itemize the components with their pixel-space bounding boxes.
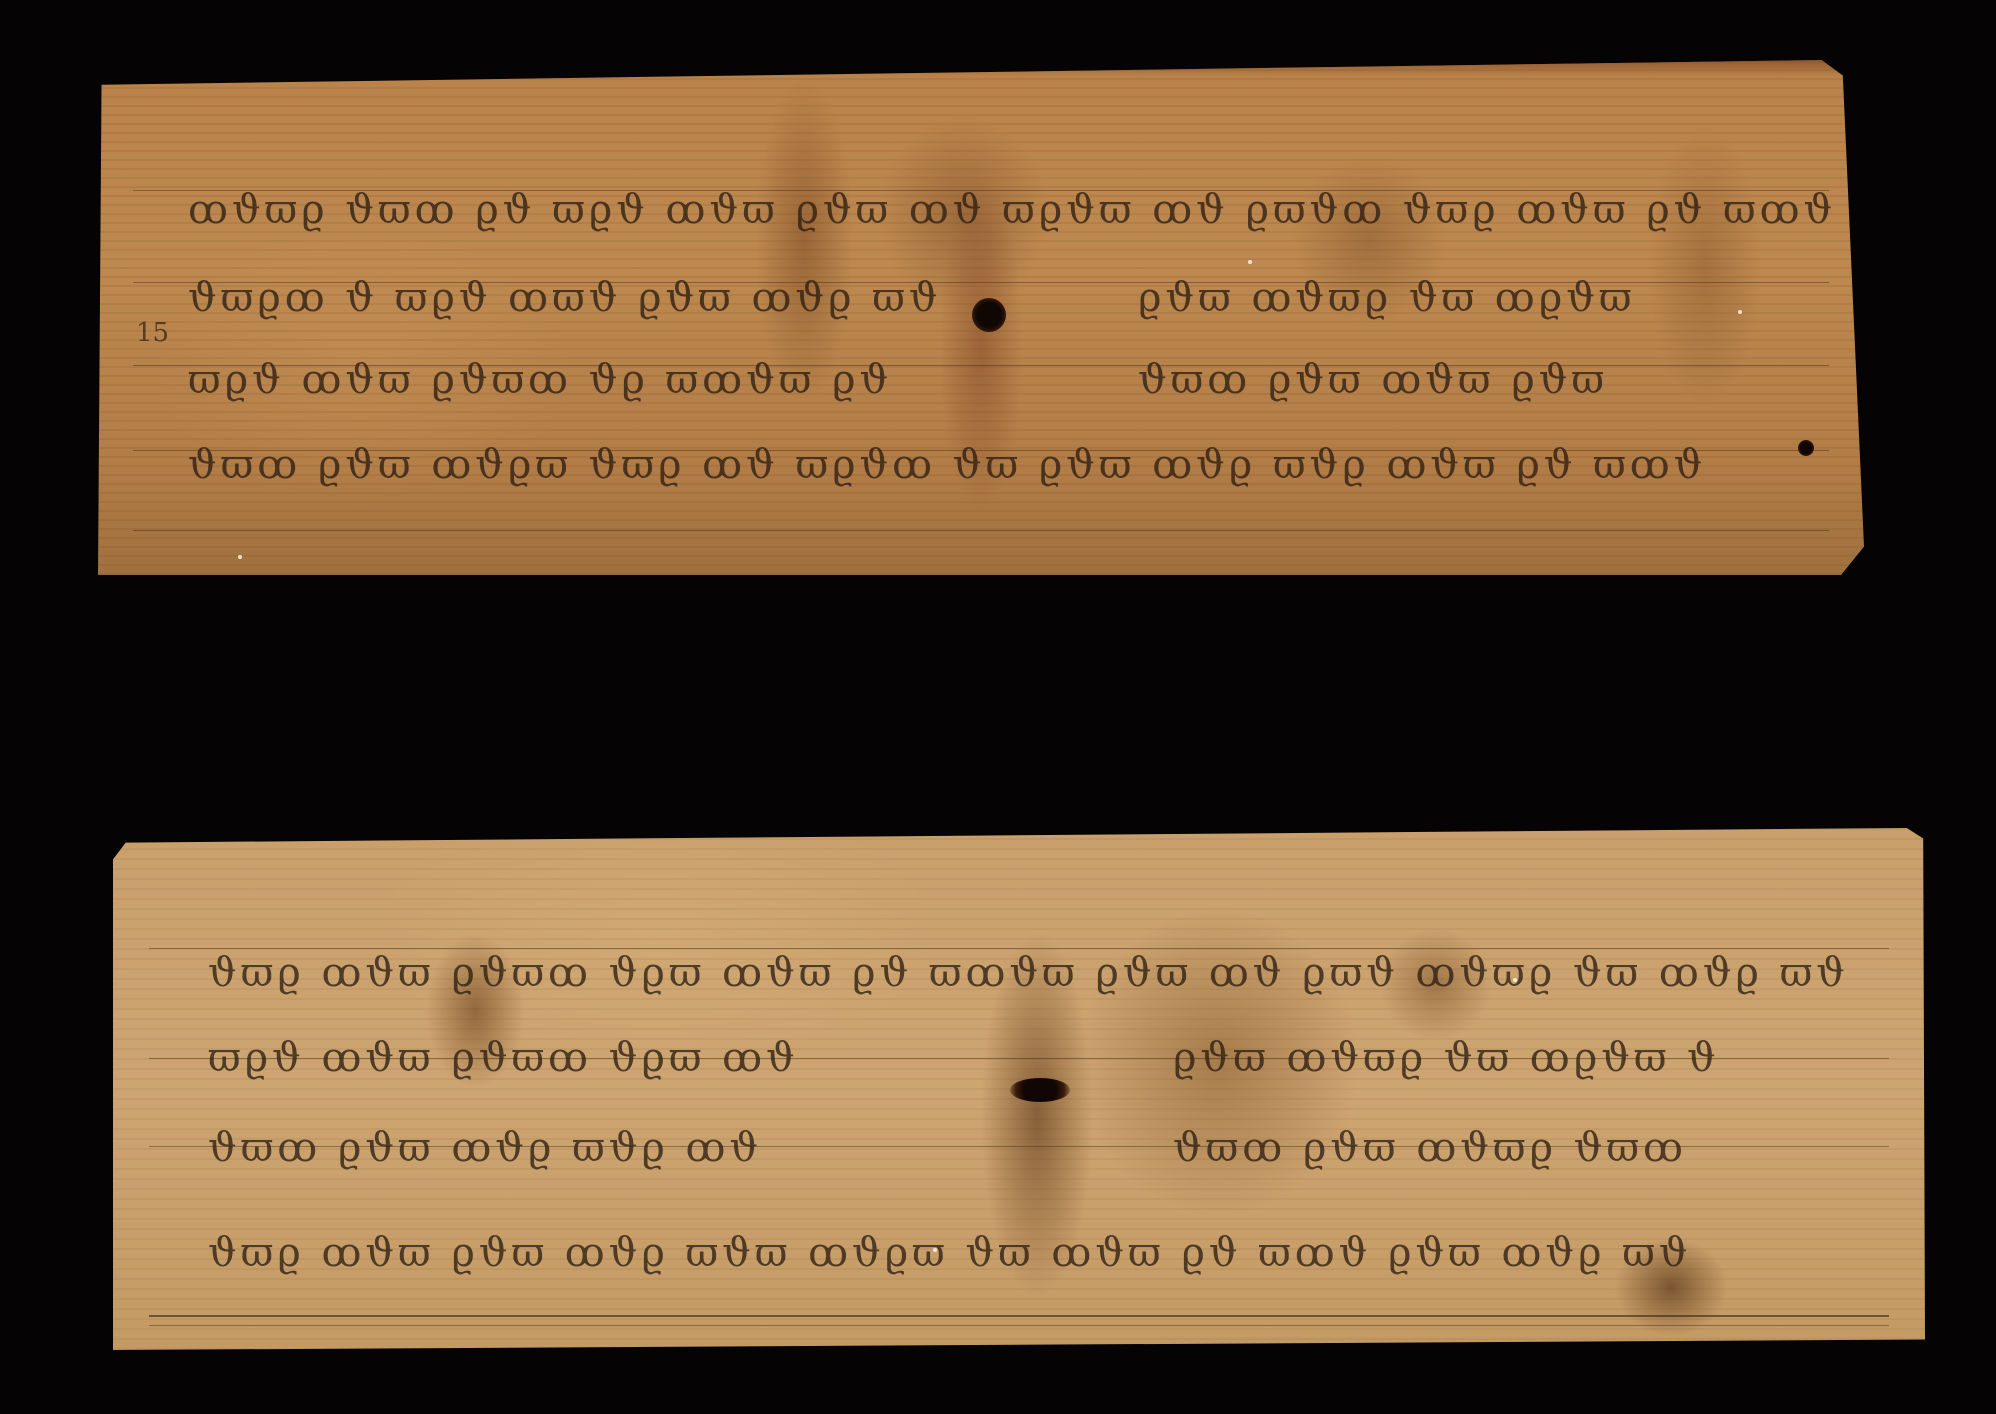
script-line-2: ϖϱϑ ꝏϑϖ ϱϑϖꝏ ϑϱϖ ꝏϑ: [208, 1038, 799, 1078]
ink-spot: [1798, 440, 1814, 456]
script-line-3: ϑϖꝏ ϱϑϖ ꝏϑϱ ϖϑϱ ꝏϑ: [208, 1128, 762, 1168]
ruling-line: [133, 530, 1828, 531]
binding-hole: [972, 298, 1006, 332]
binding-hole: [1010, 1078, 1070, 1102]
leaf-edge: [98, 60, 1864, 76]
script-line-1: ϑϖϱ ꝏϑϖ ϱϑϖꝏ ϑϱϖ ꝏϑϖ ϱϑ ϖꝏϑϖ ϱϑϖ ꝏϑ ϱϖϑ …: [208, 953, 1849, 993]
script-line-4: ϑϖϱ ꝏϑϖ ϱϑϖ ꝏϑϱ ϖϑϖ ꝏϑϱϖ ϑϖ ꝏϑϖ ϱϑ ϖꝏϑ ϱ…: [208, 1233, 1691, 1273]
speck: [1513, 978, 1517, 982]
speck: [1248, 260, 1252, 264]
ruling-line: [149, 948, 1889, 949]
script-line-3-right: ϑϖꝏ ϱϑϖ ꝏϑϖϱ ϑϖꝏ: [1173, 1128, 1687, 1168]
script-line-3: ϖϱϑ ꝏϑϖ ϱϑϖꝏ ϑϱ ϖꝏϑϖ ϱϑ: [188, 360, 892, 400]
script-line-1: ꝏϑϖϱ ϑϖꝏ ϱϑ ϖϱϑ ꝏϑϖ ϱϑϖ ꝏϑ ϖϱϑϖ ꝏϑ ϱϖϑꝏ …: [188, 190, 1864, 230]
palm-leaf-bottom: ϑϖϱ ꝏϑϖ ϱϑϖꝏ ϑϱϖ ꝏϑϖ ϱϑ ϖꝏϑϖ ϱϑϖ ꝏϑ ϱϖϑ …: [113, 828, 1925, 1350]
ruling-line: [149, 1325, 1889, 1326]
palm-leaf-top: 15 ꝏϑϖϱ ϑϖꝏ ϱϑ ϖϱϑ ꝏϑϖ ϱϑϖ ꝏϑ ϖϱϑϖ ꝏϑ ϱϖ…: [98, 60, 1864, 575]
speck: [238, 555, 242, 559]
script-line-2-right: ϱϑϖ ꝏϑϖϱ ϑϖ ꝏϱϑϖ ϑ: [1173, 1038, 1720, 1078]
ruling-line: [149, 1315, 1889, 1317]
speck: [1738, 310, 1742, 314]
script-line-3-right: ϑϖꝏ ϱϑϖ ꝏϑϖ ϱϑϖ: [1138, 360, 1608, 400]
margin-numeral: 15: [136, 318, 169, 348]
speck: [933, 1248, 937, 1252]
script-line-4: ϑϖꝏ ϱϑϖ ꝏϑϱϖ ϑϖϱ ꝏϑ ϖϱϑꝏ ϑϖ ϱϑϖ ꝏϑϱ ϖϑϱ …: [188, 445, 1706, 485]
script-line-2: ϑϖϱꝏ ϑ ϖϱϑ ꝏϖϑ ϱϑϖ ꝏϑϱ ϖϑ: [188, 278, 941, 318]
script-line-2-right: ϱϑϖ ꝏϑϖϱ ϑϖ ꝏϱϑϖ: [1138, 278, 1635, 318]
